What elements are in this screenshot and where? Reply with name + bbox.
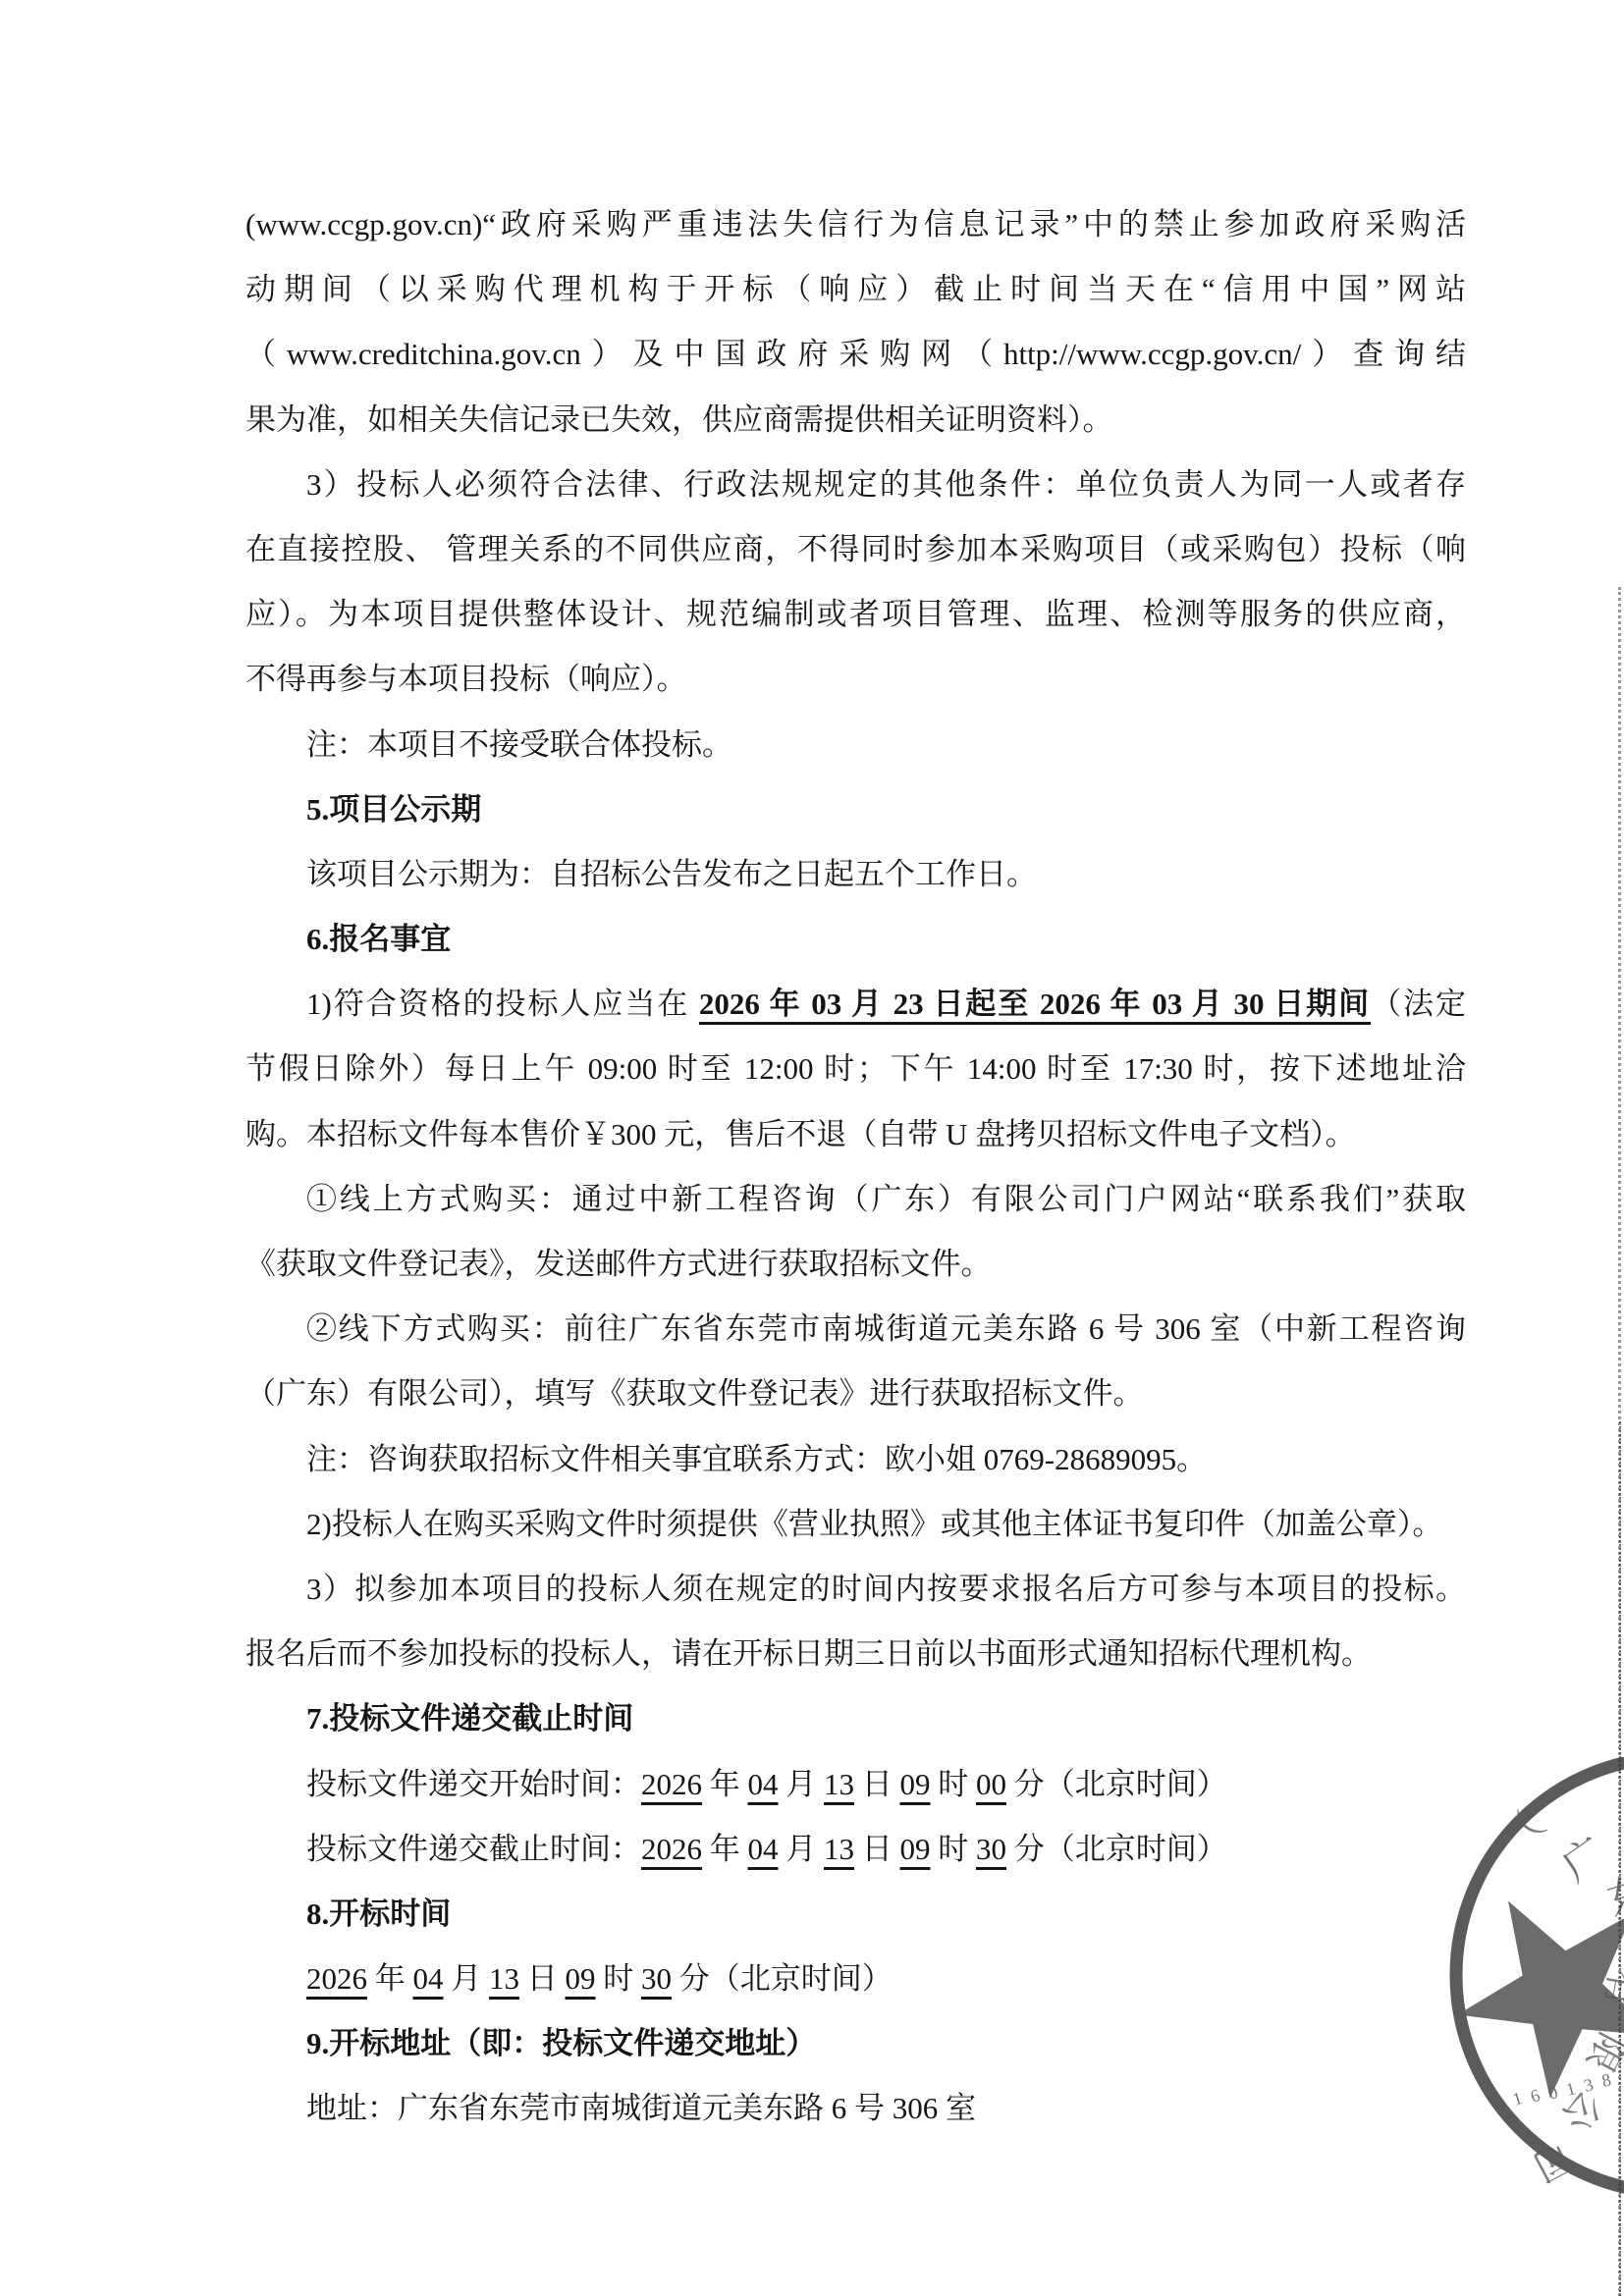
text-line: 注：本项目不接受联合体投标。 — [245, 713, 1466, 777]
text-line: 3）拟参加本项目的投标人须在规定的时间内按要求报名后方可参与本项目的投标。 — [245, 1557, 1466, 1622]
text-line: 2)投标人在购买采购文件时须提供《营业执照》或其他主体证书复印件（加盖公章）。 — [245, 1492, 1466, 1557]
seal-char-si: 司 — [1526, 2134, 1578, 2188]
text-line: 《获取文件登记表》，发送邮件方式进行获取招标文件。 — [245, 1232, 1466, 1297]
text-line: 2026 年 04 月 13 日 09 时 30 分（北京时间） — [245, 1947, 1466, 2011]
seal-serial-digit: 1 — [1564, 2078, 1578, 2100]
text-segment: 投标文件递交截止时间： — [306, 1832, 641, 1866]
text-segment: 月 — [779, 1832, 825, 1866]
text-line: 1)符合资格的投标人应当在 2026 年 03 月 23 日起至 2026 年 … — [245, 972, 1466, 1037]
seal-serial-digit: 8 — [1599, 2069, 1612, 2091]
text-line: 3）投标人必须符合法律、行政法规规定的其他条件：单位负责人为同一人或者存 — [245, 453, 1466, 517]
underlined-text: 2026 — [306, 1961, 367, 1996]
text-line: 应）。为本项目提供整体设计、规范编制或者项目管理、监理、检测等服务的供应商， — [245, 582, 1466, 647]
text-segment: 动期间（以采购代理机构于开标（响应）截止时间当天在“信用中国”网站 — [245, 272, 1466, 306]
text-line: ①线上方式购买：通过中新工程咨询（广东）有限公司门户网站“联系我们”获取 — [245, 1167, 1466, 1232]
seal-ring — [1456, 1757, 1624, 2193]
text-line: 注：咨询获取招标文件相关事宜联系方式：欧小姐 0769-28689095。 — [245, 1427, 1466, 1492]
seal-char-gong: 公 — [1553, 2083, 1609, 2139]
text-line: 8.开标时间 — [245, 1882, 1466, 1947]
text-line: 报名后而不参加投标的投标人，请在开标日期三日前以书面形式通知招标代理机构。 — [245, 1622, 1466, 1686]
underlined-text: 13 — [489, 1961, 519, 1996]
text-segment: （www.creditchina.gov.cn）及中国政府采购网（http://… — [245, 337, 1466, 371]
underlined-text: 2026 — [641, 1832, 702, 1866]
text-segment: （广东）有限公司），填写《获取文件登记表》进行获取招标文件。 — [245, 1376, 1144, 1411]
text-segment: 果为准，如相关失信记录已失效，供应商需提供相关证明资料）。 — [245, 402, 1113, 437]
text-line: 7.投标文件递交截止时间 — [245, 1686, 1466, 1751]
text-segment: 节假日除外）每日上午 09:00 时至 12:00 时；下午 14:00 时至 … — [245, 1051, 1466, 1086]
text-segment: 该项目公示期为：自招标公告发布之日起五个工作日。 — [306, 857, 1037, 891]
scan-edge-artifact — [1618, 587, 1621, 2296]
underlined-text: 09 — [900, 1767, 931, 1801]
seal-char-paren: （ — [1495, 1806, 1554, 1864]
text-segment: 年 — [367, 1961, 413, 1996]
underlined-text: 09 — [566, 1961, 596, 1996]
text-line: 节假日除外）每日上午 09:00 时至 12:00 时；下午 14:00 时至 … — [245, 1037, 1466, 1101]
text-segment: 注：咨询获取招标文件相关事宜联系方式：欧小姐 0769-28689095。 — [306, 1442, 1207, 1476]
text-segment: 3）投标人必须符合法律、行政法规规定的其他条件：单位负责人为同一人或者存 — [306, 467, 1466, 502]
underlined-text: 13 — [824, 1832, 854, 1866]
text-line: 5.项目公示期 — [245, 777, 1466, 842]
underlined-text: 13 — [824, 1767, 854, 1801]
text-line: ②线下方式购买：前往广东省东莞市南城街道元美东路 6 号 306 室（中新工程咨… — [245, 1297, 1466, 1362]
text-segment: 时 — [931, 1832, 977, 1866]
text-segment: 5.项目公示期 — [306, 792, 481, 827]
text-line: 投标文件递交开始时间：2026 年 04 月 13 日 09 时 00 分（北京… — [245, 1752, 1466, 1817]
seal-serial-digit: 6 — [1528, 2085, 1542, 2107]
text-segment: 年 — [702, 1832, 748, 1866]
seal-char-guang: 广 — [1554, 1830, 1614, 1891]
underlined-text: 2026 — [641, 1767, 702, 1801]
underlined-text: 2026 年 03 月 23 日起至 2026 年 03 月 30 日期间 — [699, 987, 1371, 1021]
text-segment: 在直接控股、 管理关系的不同供应商，不得同时参加本采购项目（或采购包）投标（响 — [245, 532, 1466, 566]
text-segment: 报名后而不参加投标的投标人，请在开标日期三日前以书面形式通知招标代理机构。 — [245, 1636, 1372, 1671]
text-segment: 注：本项目不接受联合体投标。 — [306, 727, 732, 762]
text-segment: 应）。为本项目提供整体设计、规范编制或者项目管理、监理、检测等服务的供应商， — [245, 597, 1466, 631]
text-segment: 时 — [931, 1767, 977, 1801]
text-line: 购。本招标文件每本售价￥300 元，售后不退（自带 U 盘拷贝招标文件电子文档）… — [245, 1102, 1466, 1167]
text-segment: 不得再参与本项目投标（响应）。 — [245, 662, 687, 696]
underlined-text: 30 — [976, 1832, 1006, 1866]
text-segment: 2)投标人在购买采购文件时须提供《营业执照》或其他主体证书复印件（加盖公章）。 — [306, 1507, 1442, 1541]
underlined-text: 04 — [748, 1832, 779, 1866]
seal-serial-digit: 3 — [1582, 2074, 1596, 2096]
seal-serial-digit: 1 — [1510, 2088, 1525, 2109]
text-segment: （法定 — [1371, 987, 1466, 1021]
text-line: 不得再参与本项目投标（响应）。 — [245, 647, 1466, 712]
seal-serial-number: 1 1 6 0 1 3 8 — [1492, 2069, 1613, 2111]
text-segment: 8.开标时间 — [306, 1896, 451, 1931]
text-segment: 日 — [519, 1961, 566, 1996]
seal-char-xian: 限 — [1578, 2026, 1624, 2078]
text-line: 地址：广东省东莞市南城街道元美东路 6 号 306 室 — [245, 2076, 1466, 2141]
text-line: （广东）有限公司），填写《获取文件登记表》进行获取招标文件。 — [245, 1362, 1466, 1426]
underlined-text: 04 — [413, 1961, 444, 1996]
text-segment: 7.投标文件递交截止时间 — [306, 1701, 633, 1735]
text-segment: 6.报名事宜 — [306, 922, 451, 956]
underlined-text: 00 — [976, 1767, 1006, 1801]
text-segment: 购。本招标文件每本售价￥300 元，售后不退（自带 U 盘拷贝招标文件电子文档）… — [245, 1117, 1356, 1151]
text-segment: 地址：广东省东莞市南城街道元美东路 6 号 306 室 — [306, 2091, 976, 2125]
text-segment: ①线上方式购买：通过中新工程咨询（广东）有限公司门户网站“联系我们”获取 — [306, 1182, 1466, 1216]
text-segment: ②线下方式购买：前往广东省东莞市南城街道元美东路 6 号 306 室（中新工程咨… — [306, 1311, 1466, 1346]
text-segment: 9.开标地址（即：投标文件递交地址） — [306, 2026, 816, 2060]
underlined-text: 09 — [900, 1832, 931, 1866]
text-line: 投标文件递交截止时间：2026 年 04 月 13 日 09 时 30 分（北京… — [245, 1817, 1466, 1882]
text-line: 该项目公示期为：自招标公告发布之日起五个工作日。 — [245, 842, 1466, 907]
text-segment: 时 — [596, 1961, 642, 1996]
text-line: 在直接控股、 管理关系的不同供应商，不得同时参加本采购项目（或采购包）投标（响 — [245, 517, 1466, 582]
text-segment: 投标文件递交开始时间： — [306, 1767, 641, 1801]
document-body: (www.ccgp.gov.cn)“政府采购严重违法失信行为信息记录”中的禁止参… — [245, 192, 1466, 2142]
underlined-text: 04 — [748, 1767, 779, 1801]
text-segment: 分（北京时间） — [1006, 1832, 1227, 1866]
text-segment: 月 — [444, 1961, 490, 1996]
text-segment: (www.ccgp.gov.cn)“政府采购严重违法失信行为信息记录”中的禁止参… — [245, 207, 1466, 241]
underlined-text: 30 — [641, 1961, 672, 1996]
document-page: (www.ccgp.gov.cn)“政府采购严重违法失信行为信息记录”中的禁止参… — [0, 0, 1624, 2296]
text-segment: 3）拟参加本项目的投标人须在规定的时间内按要求报名后方可参与本项目的投标。 — [306, 1572, 1466, 1606]
text-line: 果为准，如相关失信记录已失效，供应商需提供相关证明资料）。 — [245, 388, 1466, 453]
text-line: 6.报名事宜 — [245, 907, 1466, 972]
seal-serial-digit: 1 — [1492, 2091, 1507, 2112]
text-segment: 日 — [854, 1832, 900, 1866]
text-segment: 《获取文件登记表》，发送邮件方式进行获取招标文件。 — [245, 1247, 992, 1281]
text-line: 9.开标地址（即：投标文件递交地址） — [245, 2011, 1466, 2076]
text-segment: 分（北京时间） — [1006, 1767, 1227, 1801]
text-line: (www.ccgp.gov.cn)“政府采购严重违法失信行为信息记录”中的禁止参… — [245, 192, 1466, 257]
text-segment: 1)符合资格的投标人应当在 — [306, 987, 699, 1021]
text-segment: 年 — [702, 1767, 748, 1801]
text-segment: 分（北京时间） — [672, 1961, 893, 1996]
text-segment: 日 — [854, 1767, 900, 1801]
text-line: 动期间（以采购代理机构于开标（响应）截止时间当天在“信用中国”网站 — [245, 257, 1466, 322]
text-segment: 月 — [779, 1767, 825, 1801]
text-line: （www.creditchina.gov.cn）及中国政府采购网（http://… — [245, 322, 1466, 387]
seal-serial-digit: 0 — [1546, 2082, 1560, 2104]
